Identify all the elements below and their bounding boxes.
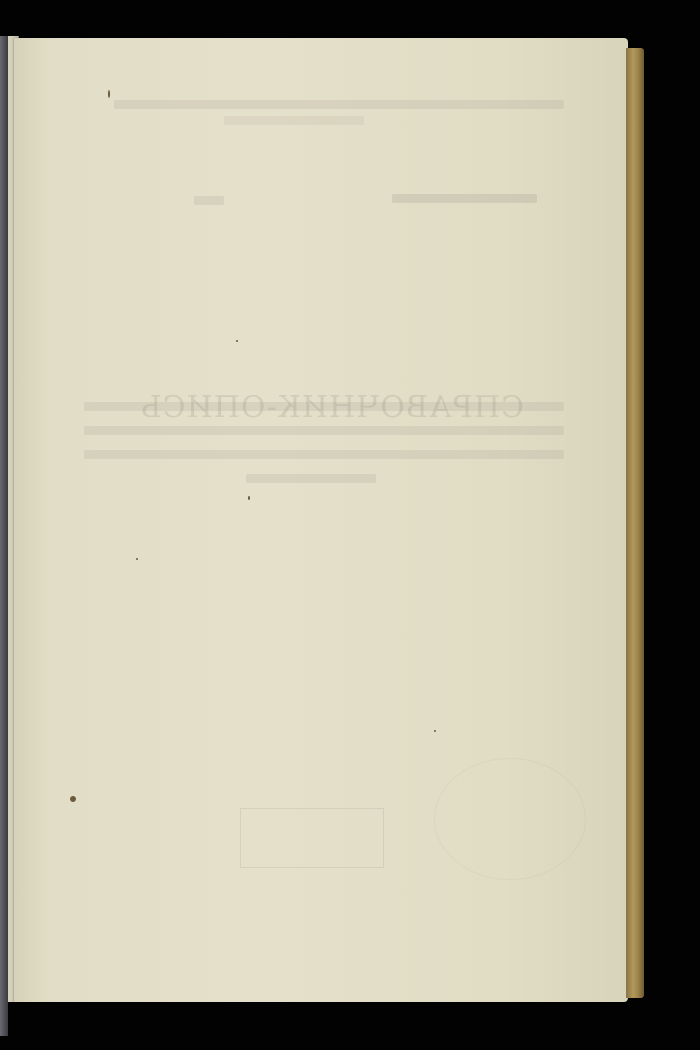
ghost-header-line-2 bbox=[224, 116, 364, 125]
ghost-mark-left bbox=[194, 196, 224, 205]
ghost-body-line-1 bbox=[84, 402, 564, 411]
paper-speck bbox=[108, 90, 110, 98]
paper-speck bbox=[136, 558, 138, 560]
book-fore-edge bbox=[626, 48, 644, 998]
paper-speck bbox=[70, 796, 76, 802]
adjacent-page-strip bbox=[0, 36, 8, 1036]
ghost-stamp-circle bbox=[434, 758, 586, 880]
paper-speck bbox=[236, 340, 238, 342]
ghost-body-line-3 bbox=[84, 450, 564, 459]
paper-speck bbox=[434, 730, 436, 732]
ghost-mark-right bbox=[392, 194, 537, 203]
ghost-body-line-4 bbox=[246, 474, 376, 483]
ghost-header-line-1 bbox=[114, 100, 564, 109]
book-page: СПРАВОЧНИК-ОПИСЬ bbox=[14, 38, 628, 1002]
paper-speck bbox=[248, 496, 250, 500]
ghost-stamp-box bbox=[240, 808, 384, 868]
ghost-body-line-2 bbox=[84, 426, 564, 435]
